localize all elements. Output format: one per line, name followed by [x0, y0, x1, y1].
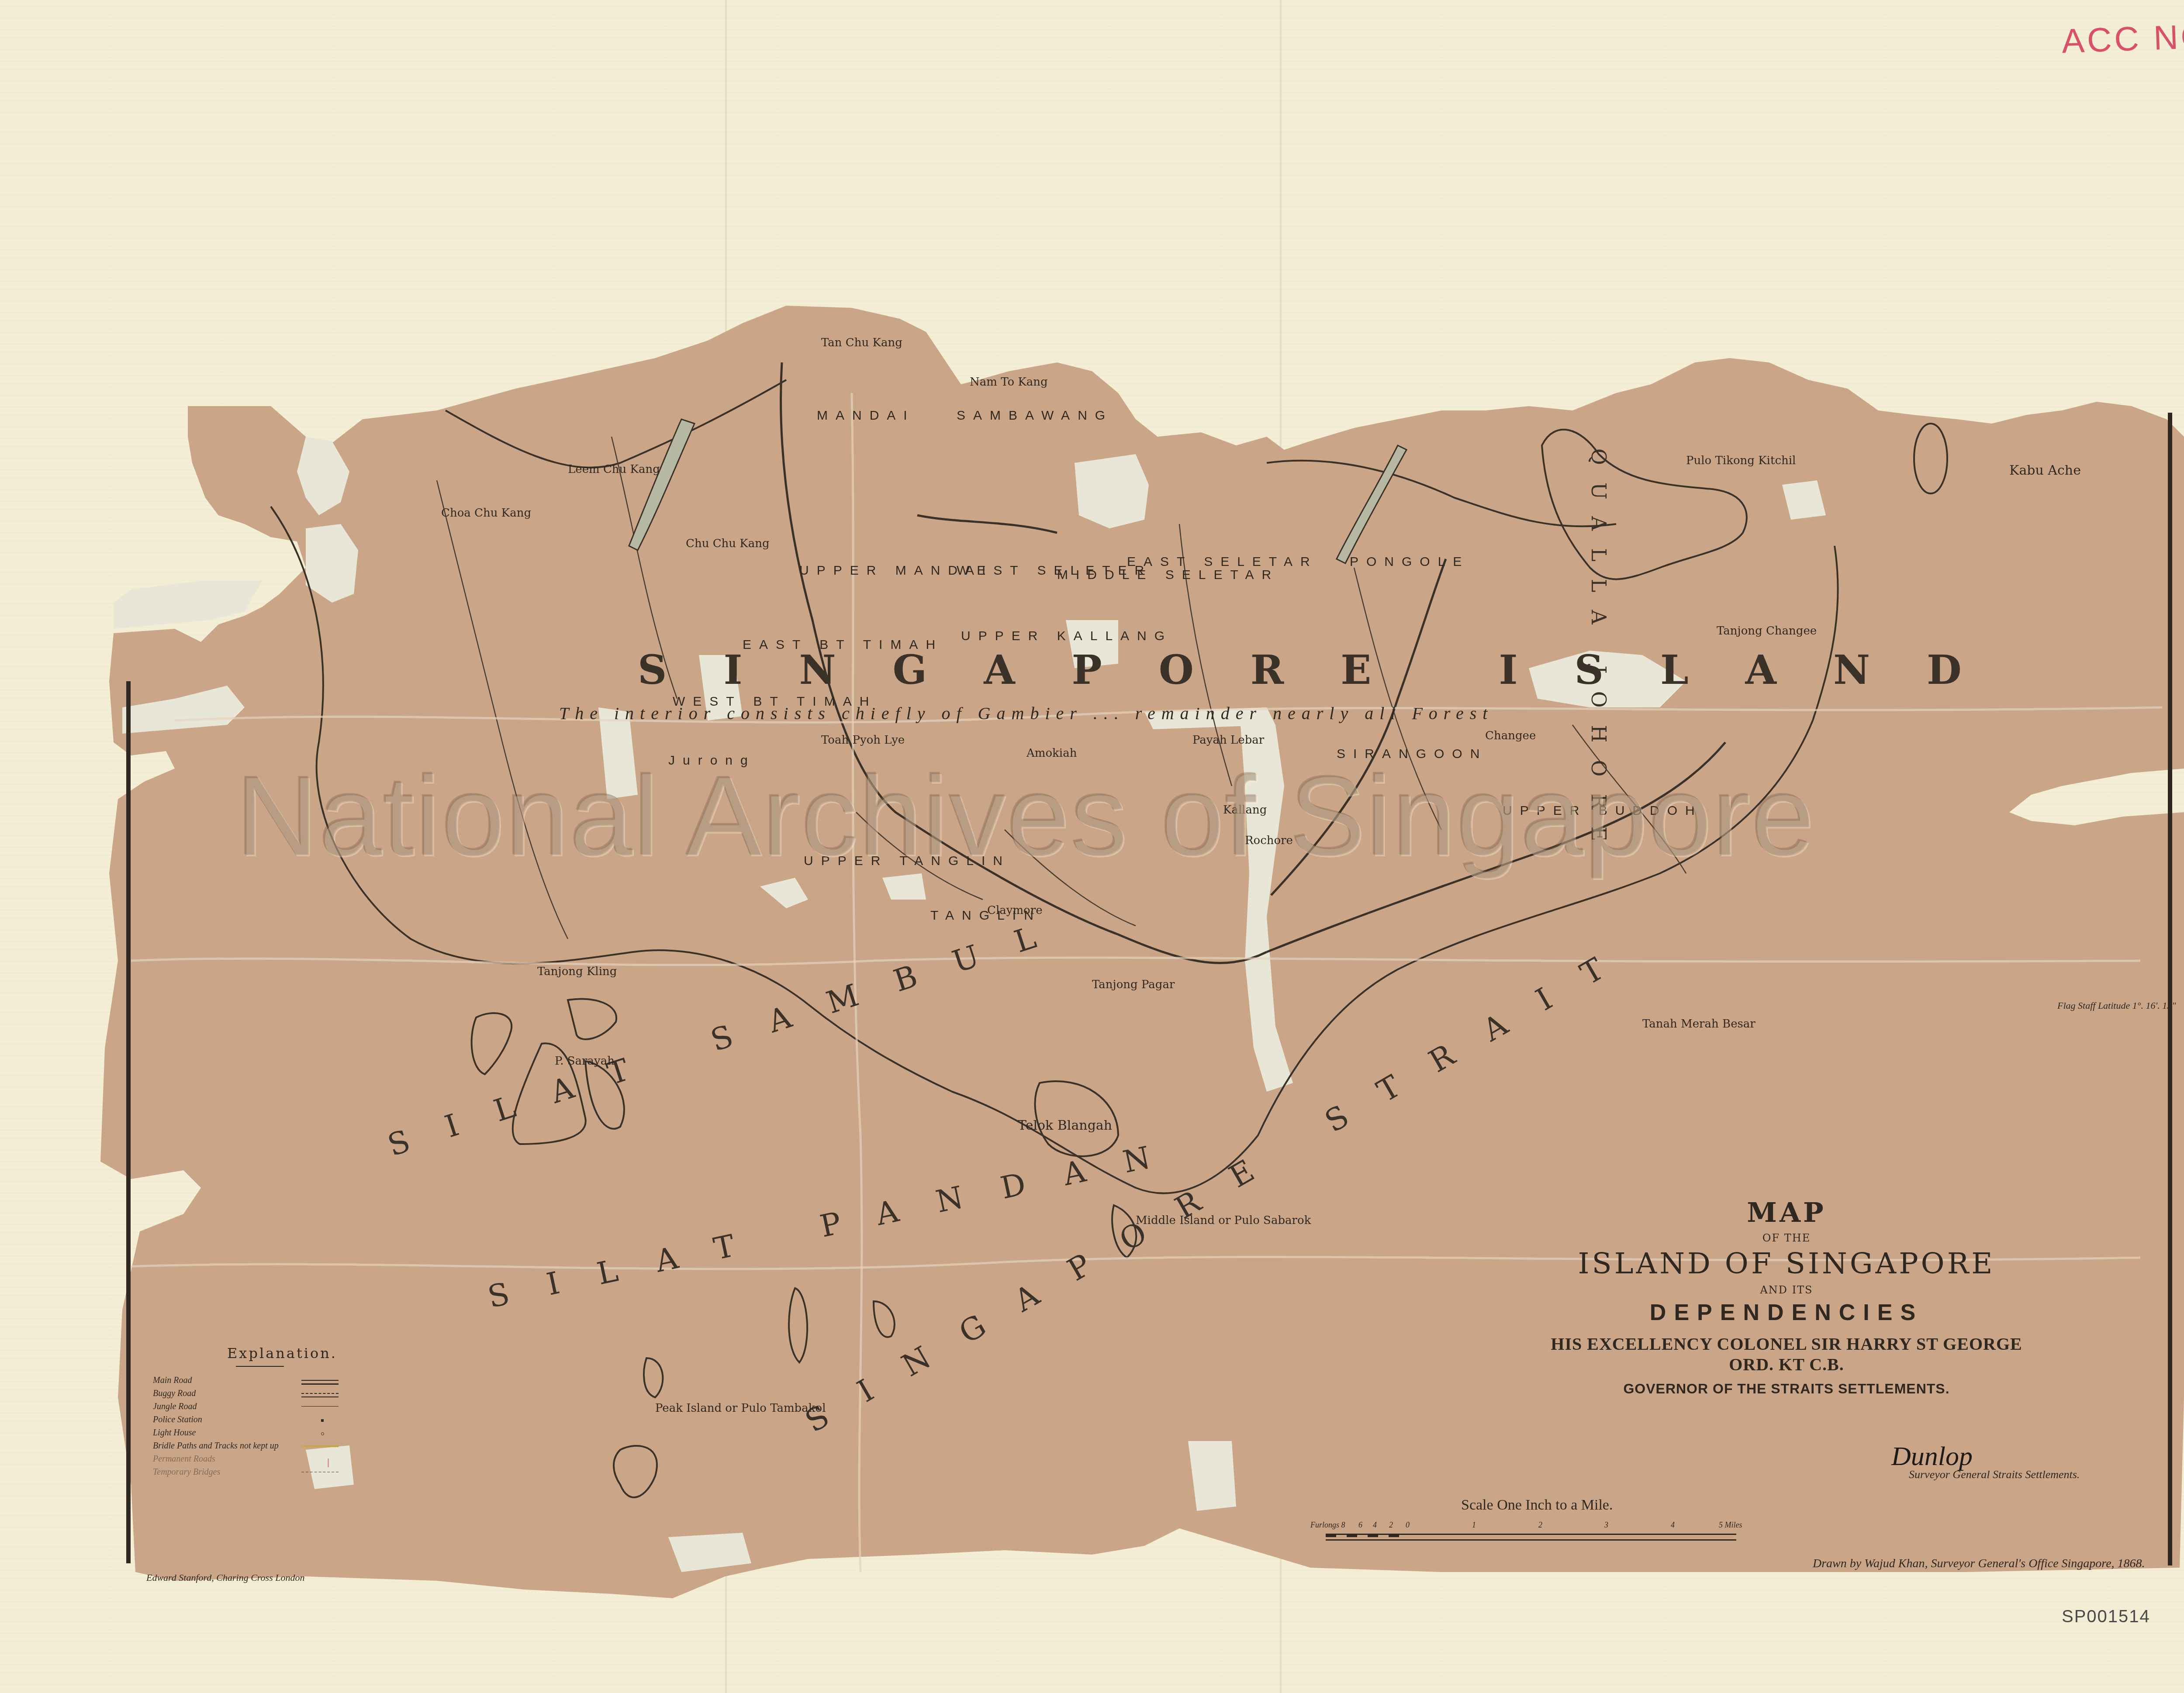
place-label: Nam To Kang — [970, 376, 1048, 389]
scale-tick: 1 — [1472, 1521, 1476, 1530]
place-label: Telok Blangah — [1018, 1118, 1112, 1133]
temporary-bridge-symbol-icon — [301, 1472, 339, 1472]
surveyor-title: Surveyor General Straits Settlements. — [1909, 1468, 2080, 1481]
legend-item: Temporary Bridges — [153, 1467, 341, 1479]
scale-title: Scale One Inch to a Mile. — [1461, 1497, 1613, 1514]
title-governor-name: HIS EXCELLENCY COLONEL SIR HARRY ST GEOR… — [1538, 1334, 2035, 1375]
catalog-number: SP001514 — [2062, 1607, 2150, 1627]
place-label: Leem Chu Kang — [568, 463, 660, 476]
legend-label: Main Road — [153, 1376, 192, 1385]
place-label: Claymore — [987, 904, 1043, 917]
legend-title: Explanation. — [227, 1345, 337, 1362]
legend-item: Main Road — [153, 1376, 341, 1387]
district-label: SAMBAWANG — [957, 408, 1113, 423]
main-island-label: SINGAPORE ISLAND — [638, 646, 2018, 693]
place-label: Payah Lebar — [1192, 734, 1264, 747]
scale-tick: 0 — [1406, 1521, 1410, 1530]
scale-bar: Scale One Inch to a Mile. Furlongs 8 6 4… — [1310, 1493, 1747, 1546]
legend-item: Light House — [153, 1428, 341, 1439]
legend-label: Bridle Paths and Tracks not kept up — [153, 1441, 279, 1451]
scale-tick: 2 — [1389, 1521, 1393, 1530]
scale-tick: 4 — [1671, 1521, 1675, 1530]
legend-rule — [236, 1366, 284, 1367]
scale-tick: 6 — [1358, 1521, 1362, 1530]
title-cartouche: MAP OF THE ISLAND OF SINGAPORE AND ITS D… — [1538, 1196, 2035, 1397]
place-label: Chu Chu Kang — [686, 537, 770, 550]
legend-label: Light House — [153, 1428, 196, 1438]
archive-watermark: National Archives of Singapore — [236, 751, 1815, 882]
scale-tick: Furlongs 8 — [1310, 1521, 1345, 1530]
title-dependencies: DEPENDENCIES — [1538, 1300, 2035, 1326]
place-label: Tanjong Pagar — [1092, 978, 1175, 991]
scale-tick: 3 — [1604, 1521, 1608, 1530]
scale-tick: 2 — [1538, 1521, 1542, 1530]
legend-item: Jungle Road — [153, 1402, 341, 1413]
title-governor-office: GOVERNOR OF THE STRAITS SETTLEMENTS. — [1538, 1381, 2035, 1397]
title-and-its: AND ITS — [1538, 1284, 2035, 1296]
scale-tick: 4 — [1373, 1521, 1377, 1530]
legend-label: Buggy Road — [153, 1389, 196, 1398]
flag-staff-latitude: Flag Staff Latitude 1°. 16'. 13" — [2057, 1000, 2176, 1011]
engraver-credit: Edward Stanford, Charing Cross London — [146, 1572, 304, 1583]
place-label: Tanjong Changee — [1717, 624, 1817, 638]
legend-item: Police Station — [153, 1415, 341, 1426]
main-road-symbol-icon — [301, 1380, 339, 1385]
scale-tick: 5 Miles — [1719, 1521, 1742, 1530]
place-label: Tanjong Kling — [537, 965, 617, 978]
legend-item: Buggy Road — [153, 1389, 341, 1400]
buggy-road-symbol-icon — [301, 1393, 339, 1397]
jungle-road-symbol-icon — [301, 1406, 339, 1407]
title-map: MAP — [1538, 1196, 2035, 1228]
legend-label: Temporary Bridges — [153, 1467, 220, 1477]
permanent-road-symbol-icon — [328, 1459, 329, 1467]
legend-label: Jungle Road — [153, 1402, 197, 1411]
district-label: UPPER KALLANG — [961, 629, 1172, 644]
place-label: Peak Island or Pulo Tambakol — [655, 1402, 826, 1415]
place-label: Middle Island or Pulo Sabarok — [1136, 1214, 1311, 1227]
legend-label: Permanent Roads — [153, 1454, 215, 1464]
legend-item: Bridle Paths and Tracks not kept up — [153, 1441, 341, 1452]
district-label: WEST BT TIMAH — [673, 694, 877, 709]
legend-item: Permanent Roads — [153, 1454, 341, 1465]
district-label: PONGOLE — [1350, 555, 1469, 569]
place-label: Tanah Merah Besar — [1642, 1017, 1755, 1031]
light-house-symbol-icon — [321, 1432, 324, 1435]
scale-furlongs — [1326, 1535, 1409, 1537]
bridle-path-symbol-icon — [301, 1445, 339, 1447]
district-label: MIDDLE SELETAR — [1057, 568, 1279, 583]
district-label: EAST BT TIMAH — [743, 638, 943, 652]
legend-label: Police Station — [153, 1415, 202, 1424]
tear — [1075, 454, 1149, 528]
title-island: ISLAND OF SINGAPORE — [1538, 1247, 2035, 1280]
drawn-by-credit: Drawn by Wajud Khan, Surveyor General's … — [1813, 1557, 2145, 1571]
district-label: EAST SELETAR — [1127, 555, 1318, 569]
district-label: MANDAI — [817, 408, 915, 423]
place-label: Pulo Tikong Kitchil — [1686, 454, 1796, 467]
police-station-symbol-icon — [321, 1419, 324, 1422]
place-label: Changee — [1485, 729, 1536, 742]
place-label: Toah Pyoh Lye — [821, 734, 905, 747]
surveyor-signature: Dunlop — [1891, 1441, 1973, 1472]
place-label: Choa Chu Kang — [441, 507, 531, 520]
place-label: P. Sarayah — [555, 1055, 615, 1068]
place-label: Kabu Ache — [2009, 463, 2081, 478]
place-label: Tan Chu Kang — [821, 336, 902, 349]
title-of-the: OF THE — [1538, 1232, 2035, 1244]
